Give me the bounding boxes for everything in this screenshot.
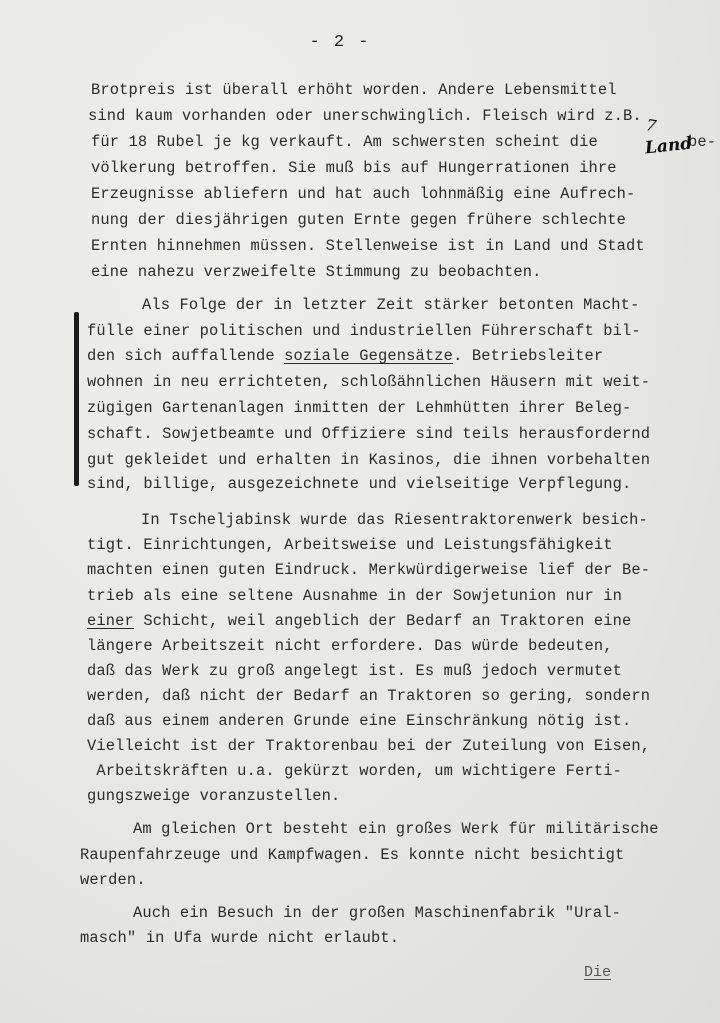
text-line: wohnen in neu errichteten, schloßähnlich… <box>87 372 650 392</box>
text-line: eine nahezu verzweifelte Stimmung zu beo… <box>91 262 542 282</box>
text-line: trieb als eine seltene Ausnahme in der S… <box>87 586 622 606</box>
text-line: masch" in Ufa wurde nicht erlaubt. <box>80 928 399 948</box>
text-segment: Schicht, weil angeblich der Bedarf an Tr… <box>134 612 631 630</box>
text-line: Arbeitskräften u.a. gekürzt worden, um w… <box>87 761 622 781</box>
text-line: machten einen guten Eindruck. Merkwürdig… <box>87 560 650 580</box>
text-line: werden. <box>80 870 146 890</box>
text-segment: für 18 Rubel je kg verkauft. Am schwerst… <box>91 133 598 151</box>
text-line: Am gleichen Ort besteht ein großes Werk … <box>133 819 659 839</box>
text-line: tigt. Einrichtungen, Arbeitsweise und Le… <box>87 535 613 555</box>
underlined-phrase: soziale Gegensätze <box>284 347 453 365</box>
handwritten-mark: 7 <box>644 115 657 135</box>
text-line: sind, billige, ausgezeichnete und vielse… <box>87 474 631 494</box>
text-segment: den sich auffallende <box>87 347 284 365</box>
text-line: Vielleicht ist der Traktorenbau bei der … <box>87 736 650 756</box>
text-line: für 18 Rubel je kg verkauft. Am schwerst… <box>91 132 598 152</box>
text-line: Auch ein Besuch in der großen Maschinenf… <box>133 903 621 923</box>
text-segment: . Betriebsleiter <box>453 347 603 365</box>
text-line: Als Folge der in letzter Zeit stärker be… <box>142 295 639 315</box>
handwritten-insert: Land <box>644 134 693 159</box>
text-line: daß aus einem anderen Grunde eine Einsch… <box>87 711 631 731</box>
catchword: Die <box>584 964 611 981</box>
text-line: gungszweige voranzustellen. <box>87 786 340 806</box>
text-line: zügigen Gartenanlagen inmitten der Lehmh… <box>87 398 631 418</box>
text-line: nung der diesjährigen guten Ernte gegen … <box>91 210 626 230</box>
text-line: völkerung betroffen. Sie muß bis auf Hun… <box>91 158 617 178</box>
page-number: - 2 - <box>0 33 680 52</box>
text-line: längere Arbeitszeit nicht erfordere. Das… <box>87 636 613 656</box>
text-line: Raupenfahrzeuge und Kampfwagen. Es konnt… <box>80 845 624 865</box>
underlined-word: einer <box>87 612 134 630</box>
text-line: den sich auffallende soziale Gegensätze.… <box>87 346 603 366</box>
text-line: werden, daß nicht der Bedarf an Traktore… <box>87 686 650 706</box>
text-line: einer Schicht, weil angeblich der Bedarf… <box>87 611 631 631</box>
text-line: Brotpreis ist überall erhöht worden. And… <box>91 80 617 100</box>
text-line: Erzeugnisse abliefern und hat auch lohnm… <box>91 184 635 204</box>
text-line: schaft. Sowjetbeamte und Offiziere sind … <box>87 424 650 444</box>
text-line: Ernten hinnehmen müssen. Stellenweise is… <box>91 236 645 256</box>
text-line: fülle einer politischen und industrielle… <box>87 321 641 341</box>
document-page: - 2 - Brotpreis ist überall erhöht worde… <box>0 0 720 1023</box>
text-line: In Tscheljabinsk wurde das Riesentraktor… <box>141 510 648 530</box>
text-line: gut gekleidet und erhalten in Kasinos, d… <box>87 450 650 470</box>
text-line: daß das Werk zu groß angelegt ist. Es mu… <box>87 661 622 681</box>
margin-bar <box>74 312 79 486</box>
text-line: sind kaum vorhanden oder unerschwinglich… <box>88 106 642 126</box>
